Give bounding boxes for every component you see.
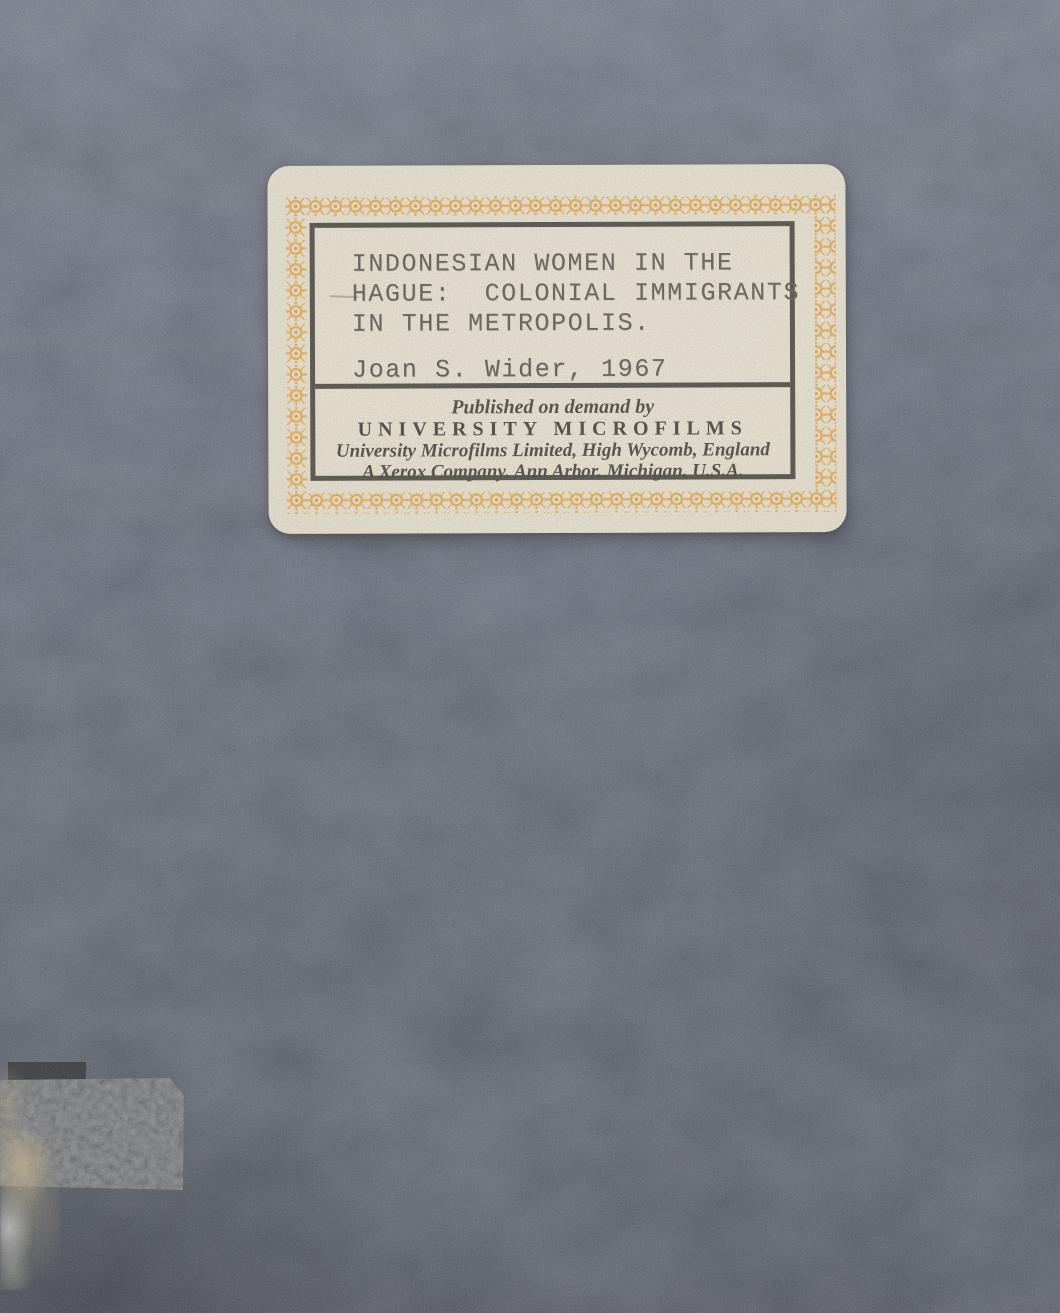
publisher-name: UNIVERSITY MICROFILMS (358, 417, 748, 440)
label-frame: INDONESIAN WOMEN IN THE HAGUE: COLONIAL … (310, 221, 796, 481)
title-line-3: IN THE METROPOLIS. (352, 308, 790, 340)
title-line-1: INDONESIAN WOMEN IN THE (352, 248, 790, 280)
title-label: INDONESIAN WOMEN IN THE HAGUE: COLONIAL … (267, 164, 846, 534)
title-section: INDONESIAN WOMEN IN THE HAGUE: COLONIAL … (315, 226, 791, 384)
ornament-bottom (287, 491, 837, 514)
ornament-left (285, 196, 307, 514)
publisher-section: Published on demand by UNIVERSITY MICROF… (315, 387, 790, 483)
publisher-line-demand: Published on demand by (451, 396, 654, 419)
removed-label-residue (0, 1130, 60, 1290)
ornament-right (814, 194, 836, 512)
ornament-top (285, 194, 835, 217)
book-cover-photo: INDONESIAN WOMEN IN THE HAGUE: COLONIAL … (0, 0, 1060, 1313)
title-line-2: HAGUE: COLONIAL IMMIGRANTS (352, 278, 790, 310)
publisher-address-usa: A Xerox Company, Ann Arbor, Michigan, U.… (362, 460, 743, 482)
author-line: Joan S. Wider, 1967 (352, 354, 790, 386)
publisher-address-uk: University Microfilms Limited, High Wyco… (336, 439, 770, 462)
